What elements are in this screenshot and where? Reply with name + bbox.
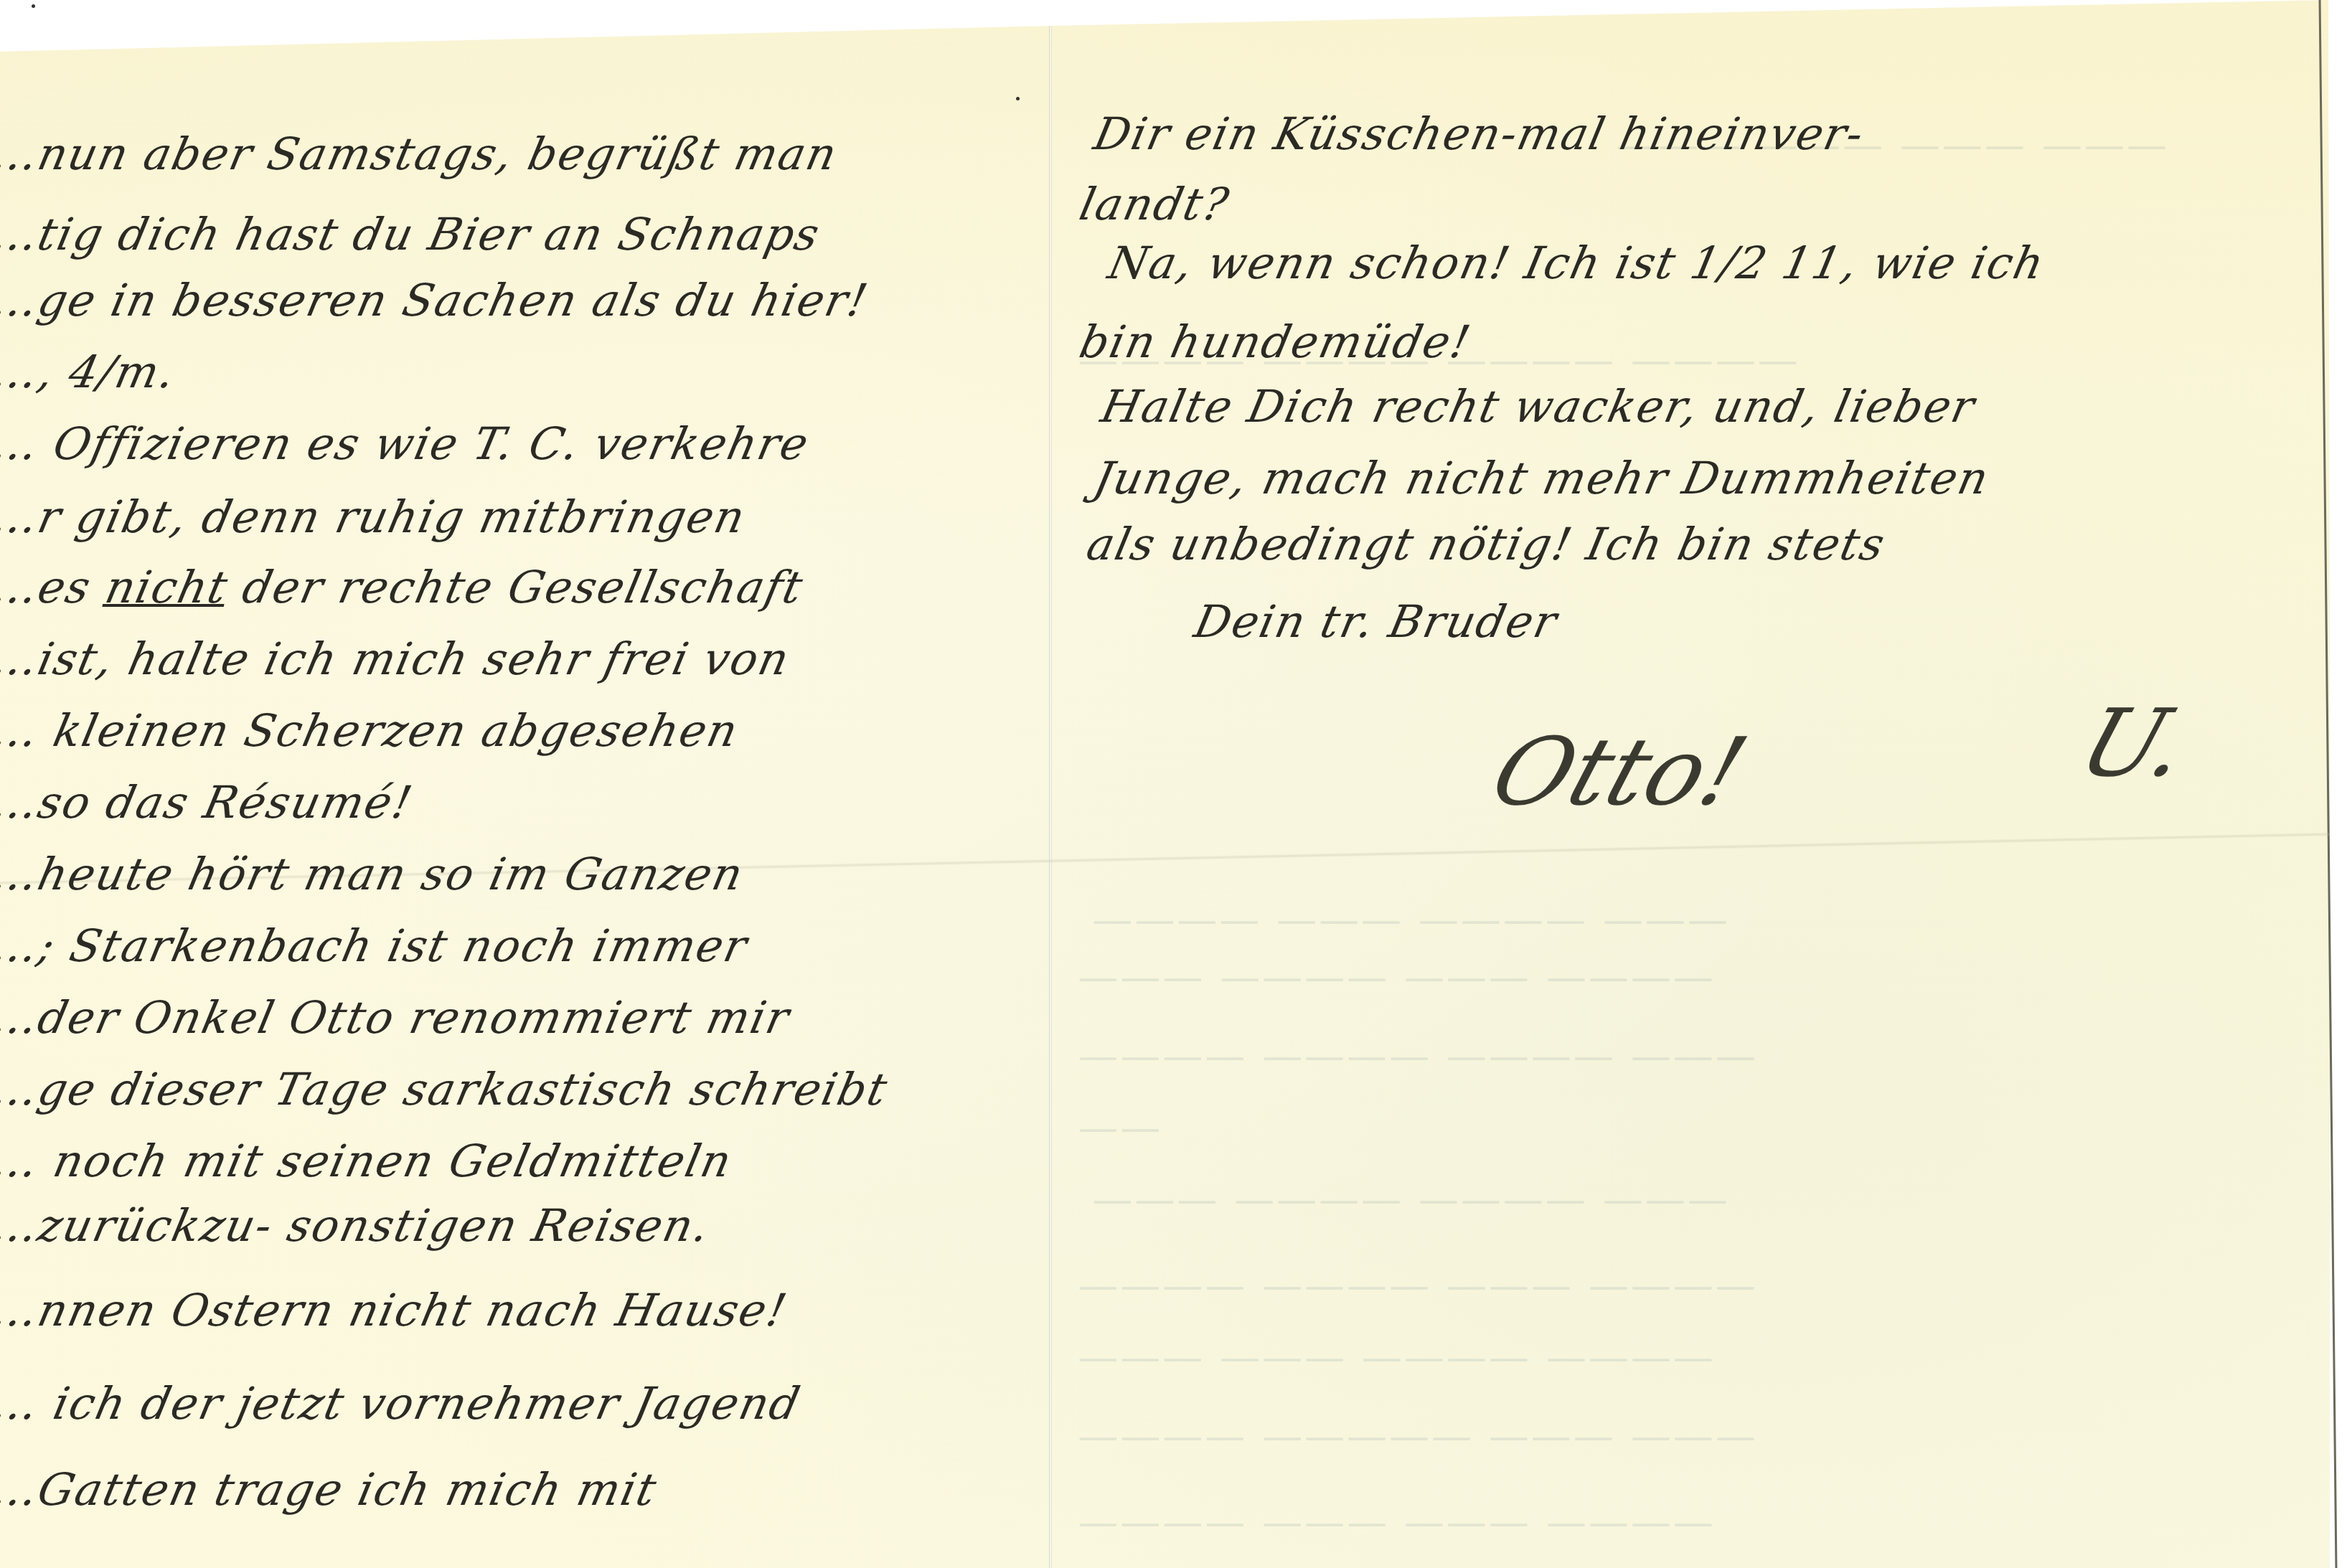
handwritten-line: landt?: [1075, 178, 1234, 230]
handwritten-line: …, 4/m.: [0, 346, 181, 398]
handwritten-line: Junge, mach nicht mehr Dummheiten: [1089, 452, 1994, 504]
handwritten-line: …r gibt, denn ruhig mitbringen: [0, 491, 751, 543]
handwritten-line: als unbedingt nötig! Ich bin stets: [1082, 518, 1890, 570]
handwritten-line: …nnen Ostern nicht nach Hause!: [0, 1284, 792, 1336]
handwritten-line: …ist, halte ich mich sehr frei von: [0, 633, 795, 685]
handwritten-line: …der Onkel Otto renommiert mir: [0, 991, 795, 1044]
handwritten-line: …zurückzu- sonstigen Reisen.: [0, 1199, 715, 1252]
handwritten-line: … Offizieren es wie T. C. verkehre: [0, 417, 814, 470]
handwritten-line: … kleinen Scherzen abgesehen: [0, 704, 743, 757]
handwritten-line: …Gatten trage ich mich mit: [0, 1463, 662, 1516]
handwritten-line: …so das Résumé!: [0, 776, 418, 828]
handwritten-line: Dir ein Küsschen-mal hineinver-: [1089, 108, 1869, 160]
handwritten-line: bin hundemüde!: [1075, 316, 1476, 368]
signature-mark: U.: [2067, 689, 2202, 798]
handwritten-line: …ge dieser Tage sarkastisch schreibt: [0, 1063, 893, 1115]
signature: Otto!: [1479, 717, 1759, 826]
handwritten-line: … noch mit seinen Geldmitteln: [0, 1135, 738, 1187]
handwritten-line: …nun aber Samstags, begrüßt man: [0, 128, 842, 180]
underlined-word: nicht: [100, 561, 233, 613]
handwritten-line: …ge in besseren Sachen als du hier!: [0, 274, 873, 326]
left-page: …nun aber Samstags, begrüßt man …tig dic…: [0, 0, 1049, 1568]
handwritten-line: …; Starkenbach ist noch immer: [0, 920, 753, 972]
handwritten-line: … ich der jetzt vornehmer Jagend: [0, 1377, 806, 1430]
handwritten-line-with-underline: …es nicht der rechte Gesellschaft: [0, 561, 809, 613]
right-page: Dir ein Küsschen-mal hineinver- landt? N…: [1052, 0, 2329, 1568]
handwritten-line: Na, wenn schon! Ich ist 1/2 11, wie ich: [1104, 237, 2050, 289]
handwritten-line: Halte Dich recht wacker, und, lieber: [1096, 380, 1980, 433]
handwritten-line: …tig dich hast du Bier an Schnaps: [0, 208, 825, 260]
handwritten-line: …heute hört man so im Ganzen: [0, 848, 748, 900]
handwritten-closing: Dein tr. Bruder: [1190, 595, 1563, 648]
